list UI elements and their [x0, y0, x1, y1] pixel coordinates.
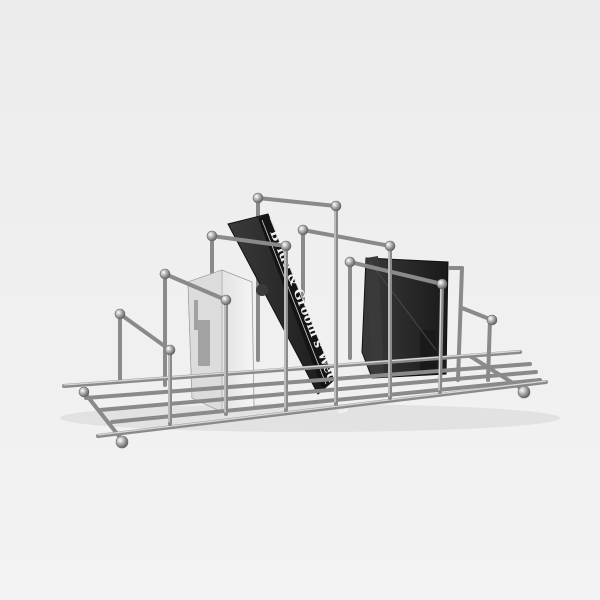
product-photo: Bride & Groom's Wedding: [0, 0, 600, 600]
